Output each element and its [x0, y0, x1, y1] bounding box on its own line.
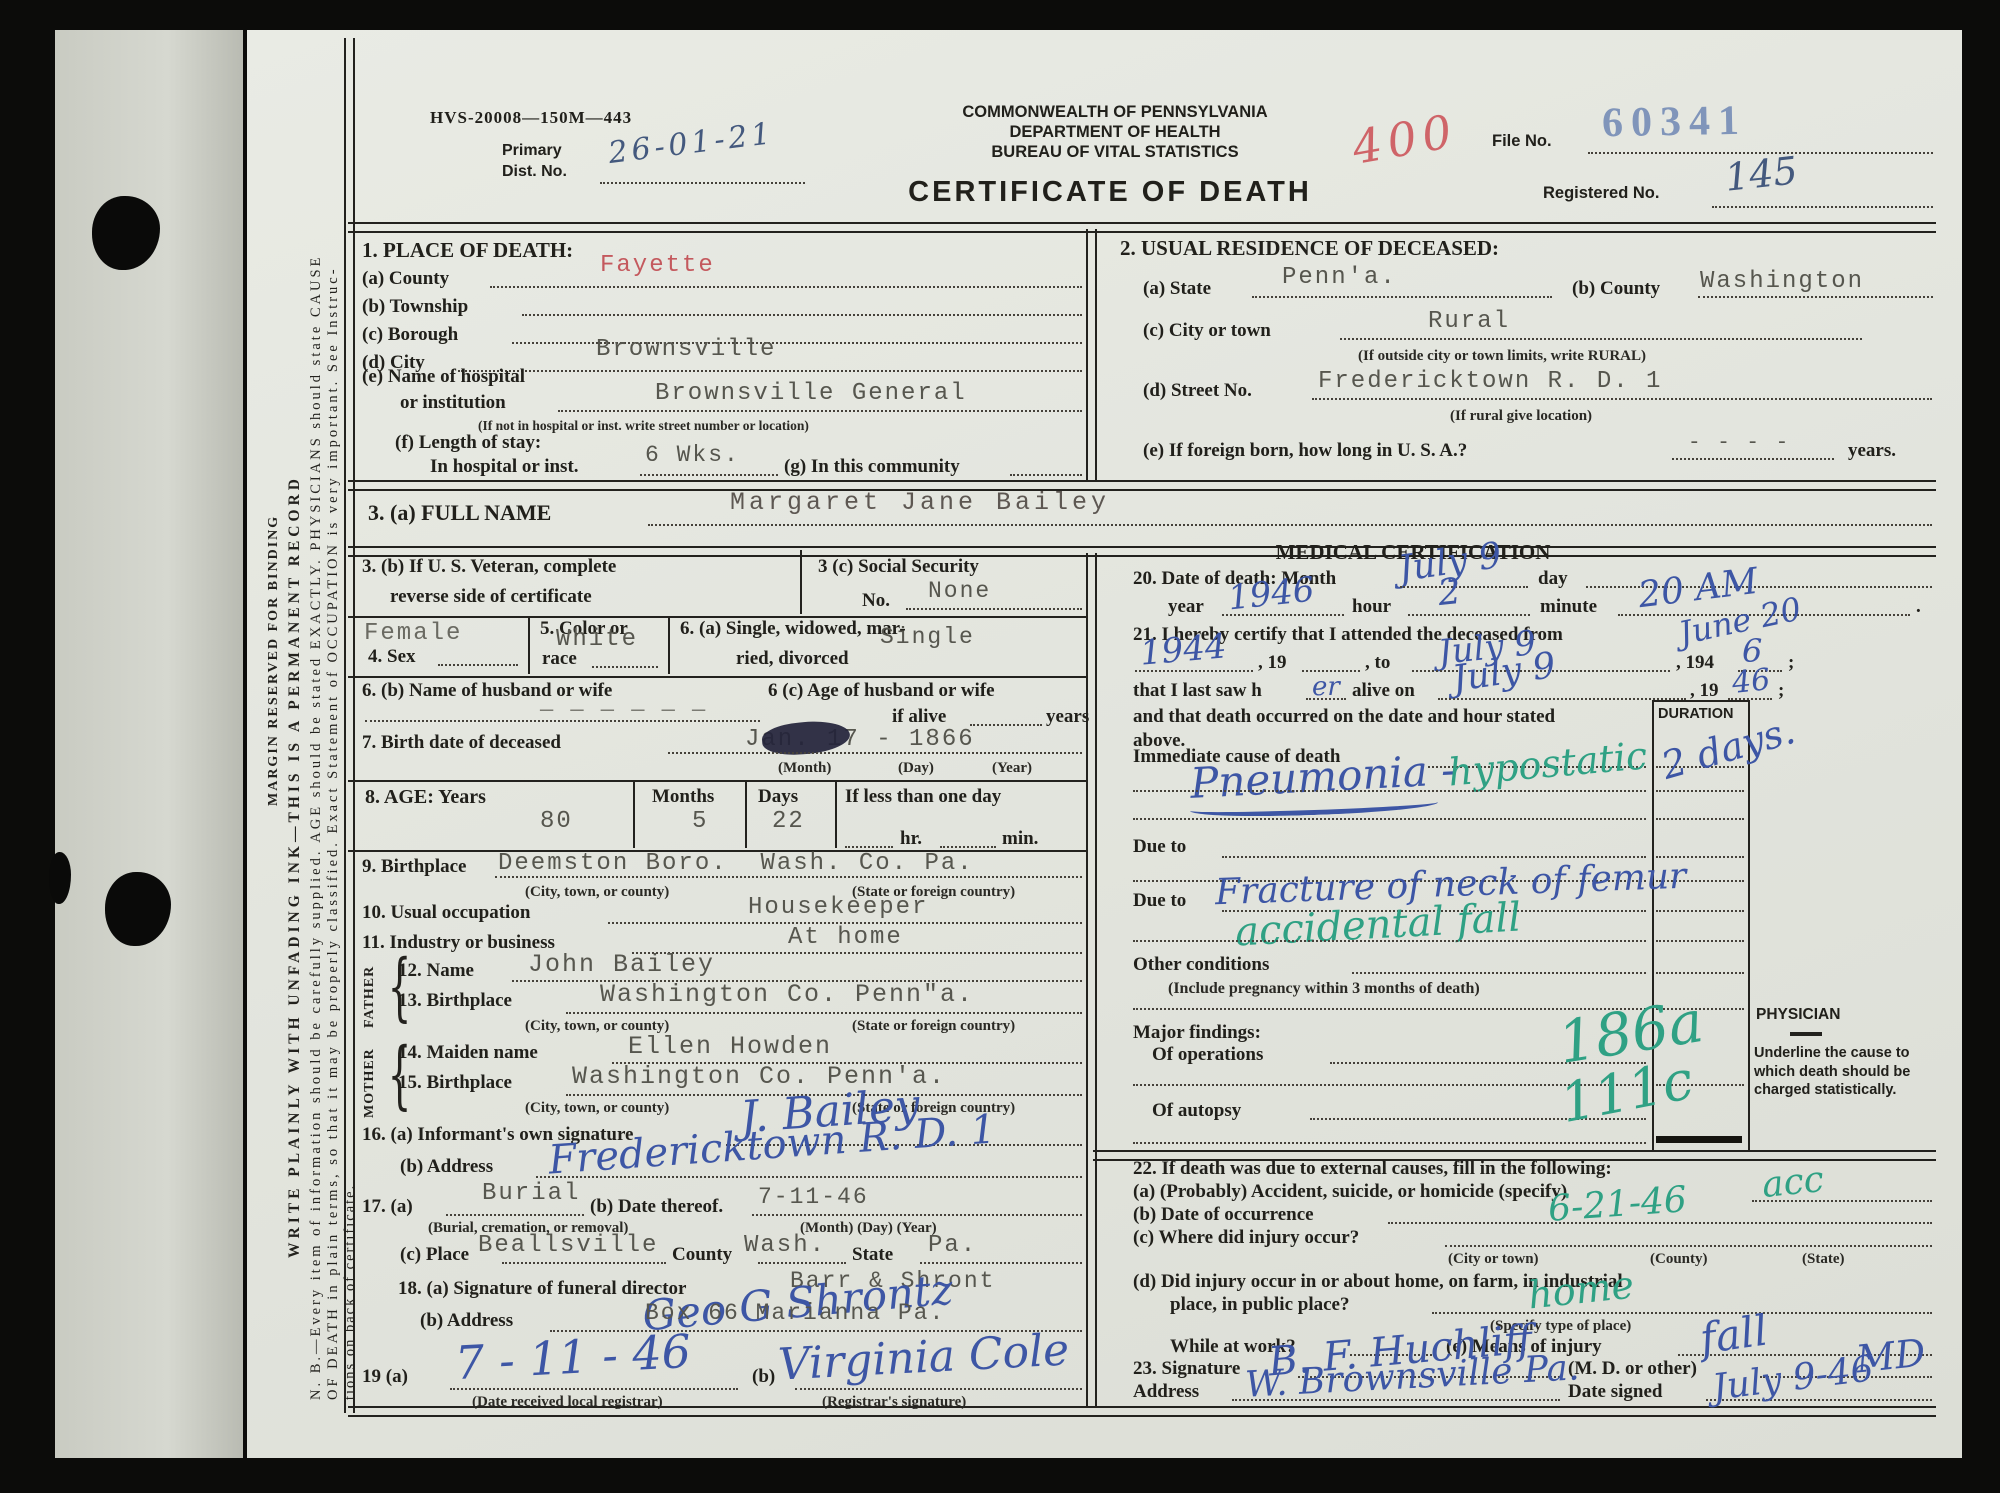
marital-value: Single: [880, 624, 975, 650]
s22-a-label: (a) (Probably) Accident, suicide, or hom…: [1133, 1181, 1567, 1203]
dotted-line: [648, 524, 1932, 526]
dotted-line: [1400, 586, 1528, 588]
age-hr-label: hr.: [900, 828, 922, 850]
primary-dist-label-2: Dist. No.: [502, 163, 567, 181]
dotted-line: [592, 666, 658, 668]
age-years-value: 80: [540, 808, 573, 835]
form-number: HVS-20008—150M—443: [430, 108, 632, 128]
med21-semi2: ;: [1778, 680, 1784, 702]
column-divider-main: [1086, 553, 1097, 1408]
physician-box-dash: [1790, 1032, 1822, 1036]
margin-binding-note: MARGIN RESERVED FOR BINDING: [266, 548, 282, 806]
birthdate-note-month: (Month): [778, 760, 831, 777]
dotted-line: [758, 1262, 846, 1264]
s1-hospital-value: Brownsville General: [655, 380, 967, 407]
margin-nb-note-line2: OF DEATH in plain terms, so that it may …: [325, 88, 342, 1400]
s23-signature-label: 23. Signature: [1133, 1358, 1240, 1380]
med21-fromyear-value: 1944: [1138, 626, 1228, 673]
physician-box-note: Underline the cause to which death shoul…: [1754, 1044, 1912, 1100]
dotted-line: [450, 1388, 738, 1390]
org-line-bureau: BUREAU OF VITAL STATISTICS: [880, 143, 1350, 162]
s2-foreign-label: (e) If foreign born, how long in U. S. A…: [1143, 440, 1467, 462]
header-rule: [348, 222, 1936, 233]
rule: [348, 780, 1088, 782]
s22-c-label: (c) Where did injury occur?: [1133, 1227, 1359, 1249]
med21-semi1: ;: [1788, 652, 1794, 674]
org-line-department: DEPARTMENT OF HEALTH: [880, 123, 1350, 142]
spouse-years-label: years: [1046, 706, 1089, 728]
dotted-line: [1340, 338, 1862, 340]
burial-date-label: (b) Date thereof.: [590, 1196, 723, 1218]
registered-no-label: Registered No.: [1543, 184, 1659, 203]
med20-hour-label: hour: [1352, 596, 1391, 618]
dotted-line: [438, 664, 518, 666]
father-name-value: John Bailey: [528, 950, 715, 979]
file-no-label: File No.: [1492, 132, 1552, 151]
med21-line4: and that death occurred on the date and …: [1133, 706, 1555, 728]
color-value: White: [556, 626, 638, 653]
s22-title: 22. If death was due to external causes,…: [1133, 1158, 1612, 1180]
operations-label: Of operations: [1152, 1044, 1263, 1066]
dotted-line: [1133, 940, 1646, 942]
dotted-line: [1656, 972, 1744, 974]
age-min-label: min.: [1002, 828, 1038, 850]
s1-stay-label-1: (f) Length of stay:: [395, 432, 541, 454]
registrar-signature-note: (Registrar's signature): [822, 1394, 966, 1411]
s1-stay-value: 6 Wks.: [645, 442, 740, 468]
s1-hospital-label-2: or institution: [400, 392, 506, 414]
dotted-line: [752, 1214, 1082, 1216]
dotted-line: [1438, 698, 1686, 700]
dotted-line: [566, 1012, 1082, 1014]
funeral-address-label: (b) Address: [420, 1310, 513, 1332]
fullname-label: 3. (a) FULL NAME: [368, 500, 551, 526]
s2-city-label: (c) City or town: [1143, 320, 1271, 342]
registrar-label: 19 (a): [362, 1366, 408, 1388]
burial-county-label: County: [672, 1244, 732, 1266]
father-birthplace-value: Washington Co. Penn"a.: [600, 980, 974, 1009]
birthplace-value: Deemston Boro. Wash. Co. Pa.: [498, 850, 974, 877]
s2-county-label: (b) County: [1572, 278, 1660, 300]
age-days-label: Days: [758, 786, 798, 808]
file-no-stamp: 60341: [1602, 97, 1748, 148]
age-months-value: 5: [692, 808, 708, 835]
s2-county-value: Washington: [1700, 268, 1864, 295]
dotted-line: [970, 724, 1042, 726]
age-divider-1: [633, 780, 635, 848]
dotted-line: [1222, 856, 1646, 858]
dotted-line: [668, 752, 1082, 754]
veteran-label-2: reverse side of certificate: [390, 586, 592, 608]
certificate-title: CERTIFICATE OF DEATH: [870, 176, 1350, 209]
dotted-line: [640, 474, 778, 476]
dotted-line: [1698, 296, 1933, 298]
funeral-address-value: Box 66 Marianna Pa.: [645, 1300, 945, 1326]
s1-city-value: Brownsville: [596, 336, 776, 363]
age-months-label: Months: [652, 786, 714, 808]
ssn-label-2: No.: [862, 590, 890, 612]
father-name-label: 12. Name: [398, 960, 474, 982]
med21-mid2: , to: [1365, 652, 1390, 674]
dotted-line: [1252, 296, 1552, 298]
margin-write-plainly-note: WRITE PLAINLY WITH UNFADING INK—THIS IS …: [286, 398, 304, 1258]
s2-title: 2. USUAL RESIDENCE OF DECEASED:: [1120, 236, 1499, 261]
column-divider-top: [1086, 229, 1097, 480]
dotted-line: [920, 1262, 1082, 1264]
dotted-line: [1712, 206, 1933, 208]
occupation-value: Housekeeper: [748, 894, 928, 921]
father-birthplace-note-2: (State or foreign country): [852, 1018, 1015, 1035]
ssn-value: None: [928, 578, 991, 604]
med20-hour-value: 2: [1436, 571, 1463, 614]
birthplace-note-1: (City, town, or county): [525, 884, 669, 901]
occupation-label: 10. Usual occupation: [362, 902, 530, 924]
s22-b-label: (b) Date of occurrence: [1133, 1204, 1314, 1226]
med21-last3: , 19: [1690, 680, 1719, 702]
age-divider-3: [835, 780, 837, 848]
dotted-line: [1656, 818, 1744, 820]
mother-birthplace-note-1: (City, town, or county): [525, 1100, 669, 1117]
veteran-label-1: 3. (b) If U. S. Veteran, complete: [362, 556, 616, 578]
s23-md-label: (M. D. or other): [1568, 1358, 1697, 1380]
s2-state-value: Penn'a.: [1282, 264, 1397, 291]
due-to-1-label: Due to: [1133, 836, 1186, 858]
s1-community-label: (g) In this community: [784, 456, 960, 478]
rule: [348, 676, 1088, 678]
dotted-line: [1445, 1245, 1932, 1247]
birthplace-label: 9. Birthplace: [362, 856, 467, 878]
registered-no-value: 145: [1723, 148, 1800, 199]
s23-date-signed-label: Date signed: [1568, 1381, 1662, 1403]
dotted-line: [1352, 972, 1646, 974]
registrar-b-label: (b): [752, 1366, 775, 1388]
dotted-line: [1010, 474, 1082, 476]
s1-hospital-label-1: (e) Name of hospital: [362, 366, 525, 388]
s2-city-value: Rural: [1428, 308, 1510, 335]
med20-period: .: [1916, 596, 1921, 618]
burial-date-value: 7-11-46: [758, 1184, 869, 1210]
dotted-line: [522, 314, 1082, 316]
birthdate-note-year: (Year): [992, 760, 1032, 777]
s2-street-label: (d) Street No.: [1143, 380, 1252, 402]
age-years-label: 8. AGE: Years: [365, 786, 486, 809]
fullname-top-rule: [348, 480, 1936, 491]
divider-3b-3c: [800, 550, 802, 614]
s2-state-label: (a) State: [1143, 278, 1211, 300]
s22-a-value: acc: [1760, 1159, 1826, 1206]
divider-5-6a: [668, 616, 670, 674]
mother-side-label: MOTHER: [362, 1038, 378, 1118]
s2-foreign-value: - - - -: [1688, 432, 1790, 455]
s2-street-note: (If rural give location): [1450, 408, 1592, 425]
fullname-value: Margaret Jane Bailey: [730, 488, 1110, 517]
age-less-label: If less than one day: [845, 786, 1001, 808]
dotted-line: [446, 1214, 584, 1216]
spouse-age-label: 6 (c) Age of husband or wife: [768, 680, 995, 702]
s1-township-label: (b) Township: [362, 296, 468, 318]
s22-d-label-2: place, in public place?: [1170, 1294, 1349, 1316]
med21-lastyear-value: 46: [1730, 662, 1772, 701]
med21-last2: alive on: [1352, 680, 1415, 702]
dotted-line: [1656, 790, 1744, 792]
dotted-line: [1133, 818, 1646, 820]
dotted-line: [795, 1388, 1082, 1390]
s22-c-note-1: (City or town): [1448, 1251, 1539, 1268]
dotted-line: [1656, 940, 1744, 942]
med20-day-label: day: [1538, 568, 1568, 590]
s2-city-note: (If outside city or town limits, write R…: [1358, 348, 1646, 365]
ssn-label-1: 3 (c) Social Security: [818, 556, 979, 578]
primary-dist-label-1: Primary: [502, 142, 562, 160]
photographed-death-certificate: MARGIN RESERVED FOR BINDING WRITE PLAINL…: [0, 0, 2000, 1493]
birthdate-label: 7. Birth date of deceased: [362, 732, 561, 754]
father-side-label: FATHER: [362, 952, 378, 1028]
informant-address-label: (b) Address: [400, 1156, 493, 1178]
physician-box-title: PHYSICIAN: [1756, 1006, 1840, 1024]
autopsy-label: Of autopsy: [1152, 1100, 1241, 1122]
dotted-line: [490, 286, 1082, 288]
med21-last1: that I last saw h: [1133, 680, 1262, 702]
s1-title: 1. PLACE OF DEATH:: [362, 238, 573, 263]
father-birthplace-label: 13. Birthplace: [398, 990, 512, 1012]
dotted-line: [1656, 910, 1744, 912]
mother-birthplace-label: 15. Birthplace: [398, 1072, 512, 1094]
dotted-line: [845, 846, 893, 848]
dotted-line: [495, 876, 1082, 878]
s23-address-label: Address: [1133, 1381, 1199, 1403]
dotted-line: [1222, 614, 1344, 616]
mother-maiden-label: 14. Maiden name: [398, 1042, 538, 1064]
med21-mid1: , 19: [1258, 652, 1287, 674]
burial-state-value: Pa.: [928, 1232, 977, 1259]
marital-label-1: 6. (a) Single, widowed, mar-: [680, 618, 906, 640]
burial-place-label: (c) Place: [400, 1244, 469, 1266]
duration-box-top: [1652, 700, 1748, 702]
registrar-date-note: (Date received local registrar): [472, 1394, 663, 1411]
dotted-line: [1135, 670, 1253, 672]
duration-label: DURATION: [1658, 706, 1733, 722]
s1-county-label: (a) County: [362, 268, 449, 290]
dotted-line: [906, 608, 1082, 610]
dotted-line: [1133, 1142, 1646, 1144]
dotted-line: [458, 370, 1082, 372]
s1-borough-label: (c) Borough: [362, 324, 458, 346]
s2-foreign-years-label: years.: [1848, 440, 1896, 462]
age-days-value: 22: [772, 808, 805, 835]
med20-year-label: year: [1168, 596, 1204, 618]
form-left-border: [344, 38, 355, 1413]
dotted-line: [502, 1262, 666, 1264]
burial-state-label: State: [852, 1244, 893, 1266]
burial-label: 17. (a): [362, 1196, 413, 1218]
burial-place-value: Beallsville: [478, 1232, 658, 1259]
divider-4-5: [528, 616, 530, 674]
burial-value: Burial: [482, 1180, 580, 1207]
other-conditions-label: Other conditions: [1133, 954, 1269, 976]
med20-minute-label: minute: [1540, 596, 1597, 618]
mother-maiden-value: Ellen Howden: [628, 1032, 832, 1061]
margin-nb-note-line1: N. B.—Every item of information should b…: [308, 88, 325, 1400]
sex-value: Female: [364, 620, 462, 647]
med21-mid3: , 194: [1676, 652, 1714, 674]
other-conditions-note: (Include pregnancy within 3 months of de…: [1168, 980, 1480, 998]
duration-box-right: [1748, 700, 1750, 1152]
age-divider-2: [745, 780, 747, 848]
dotted-line: [1306, 698, 1346, 700]
s1-stay-label-2: In hospital or inst.: [430, 456, 579, 478]
spouse-if-alive-label: if alive: [892, 706, 946, 728]
s2-street-value: Fredericktown R. D. 1: [1318, 368, 1662, 395]
dotted-line: [940, 846, 996, 848]
s22-c-note-3: (State): [1802, 1251, 1844, 1268]
due-to-2-label: Due to: [1133, 890, 1186, 912]
org-line-commonwealth: COMMONWEALTH OF PENNSYLVANIA: [880, 103, 1350, 122]
dotted-line: [365, 720, 760, 722]
dotted-line: [1133, 790, 1646, 792]
dotted-line: [558, 410, 1082, 412]
dotted-line: [1388, 1222, 1932, 1224]
dotted-line: [1672, 458, 1834, 460]
marital-label-2: ried, divorced: [736, 648, 849, 670]
dotted-line: [1432, 1312, 1932, 1314]
dotted-line: [1312, 398, 1932, 400]
s22-c-note-2: (County): [1650, 1251, 1708, 1268]
s1-county-value: Fayette: [600, 252, 715, 279]
physician-underline-bar: [1656, 1136, 1742, 1143]
sex-label: 4. Sex: [368, 646, 416, 668]
birthdate-note-day: (Day): [898, 760, 934, 777]
major-findings-label: Major findings:: [1133, 1022, 1261, 1044]
s22-e-value: fall: [1697, 1306, 1771, 1364]
dotted-line: [600, 182, 805, 184]
dotted-line: [1408, 614, 1530, 616]
burial-county-value: Wash.: [744, 1232, 826, 1259]
industry-value: At home: [788, 924, 903, 951]
